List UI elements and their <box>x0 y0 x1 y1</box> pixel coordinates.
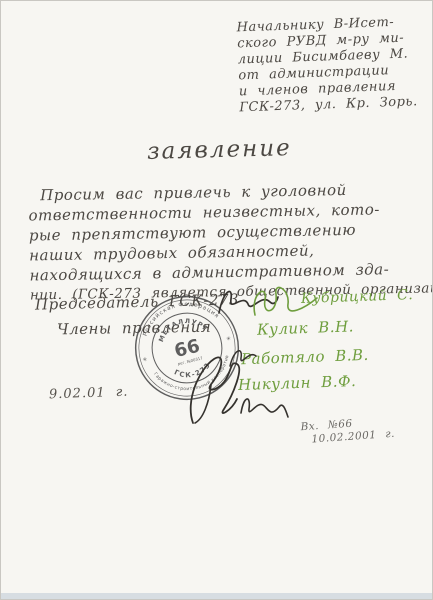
handwritten-signature-lower <box>237 391 291 423</box>
handwritten-signature-small <box>226 344 260 370</box>
registration-note: Вх. №66 10.02.2001 г. <box>300 415 395 447</box>
chairman-signature-flourish <box>249 281 323 323</box>
stamp-star-left: ✳ <box>142 356 149 364</box>
stamp-star-right: ✳ <box>226 335 233 343</box>
scanner-edge <box>1 593 432 599</box>
document-title: заявление <box>147 135 292 165</box>
addressee-header: Начальнику В-Исет- ского РУВД м-ру ми- л… <box>236 14 433 117</box>
date-note: 9.02.01 г. <box>49 385 129 403</box>
scanned-document-page: Начальнику В-Исет- ского РУВД м-ру ми- л… <box>0 0 433 600</box>
